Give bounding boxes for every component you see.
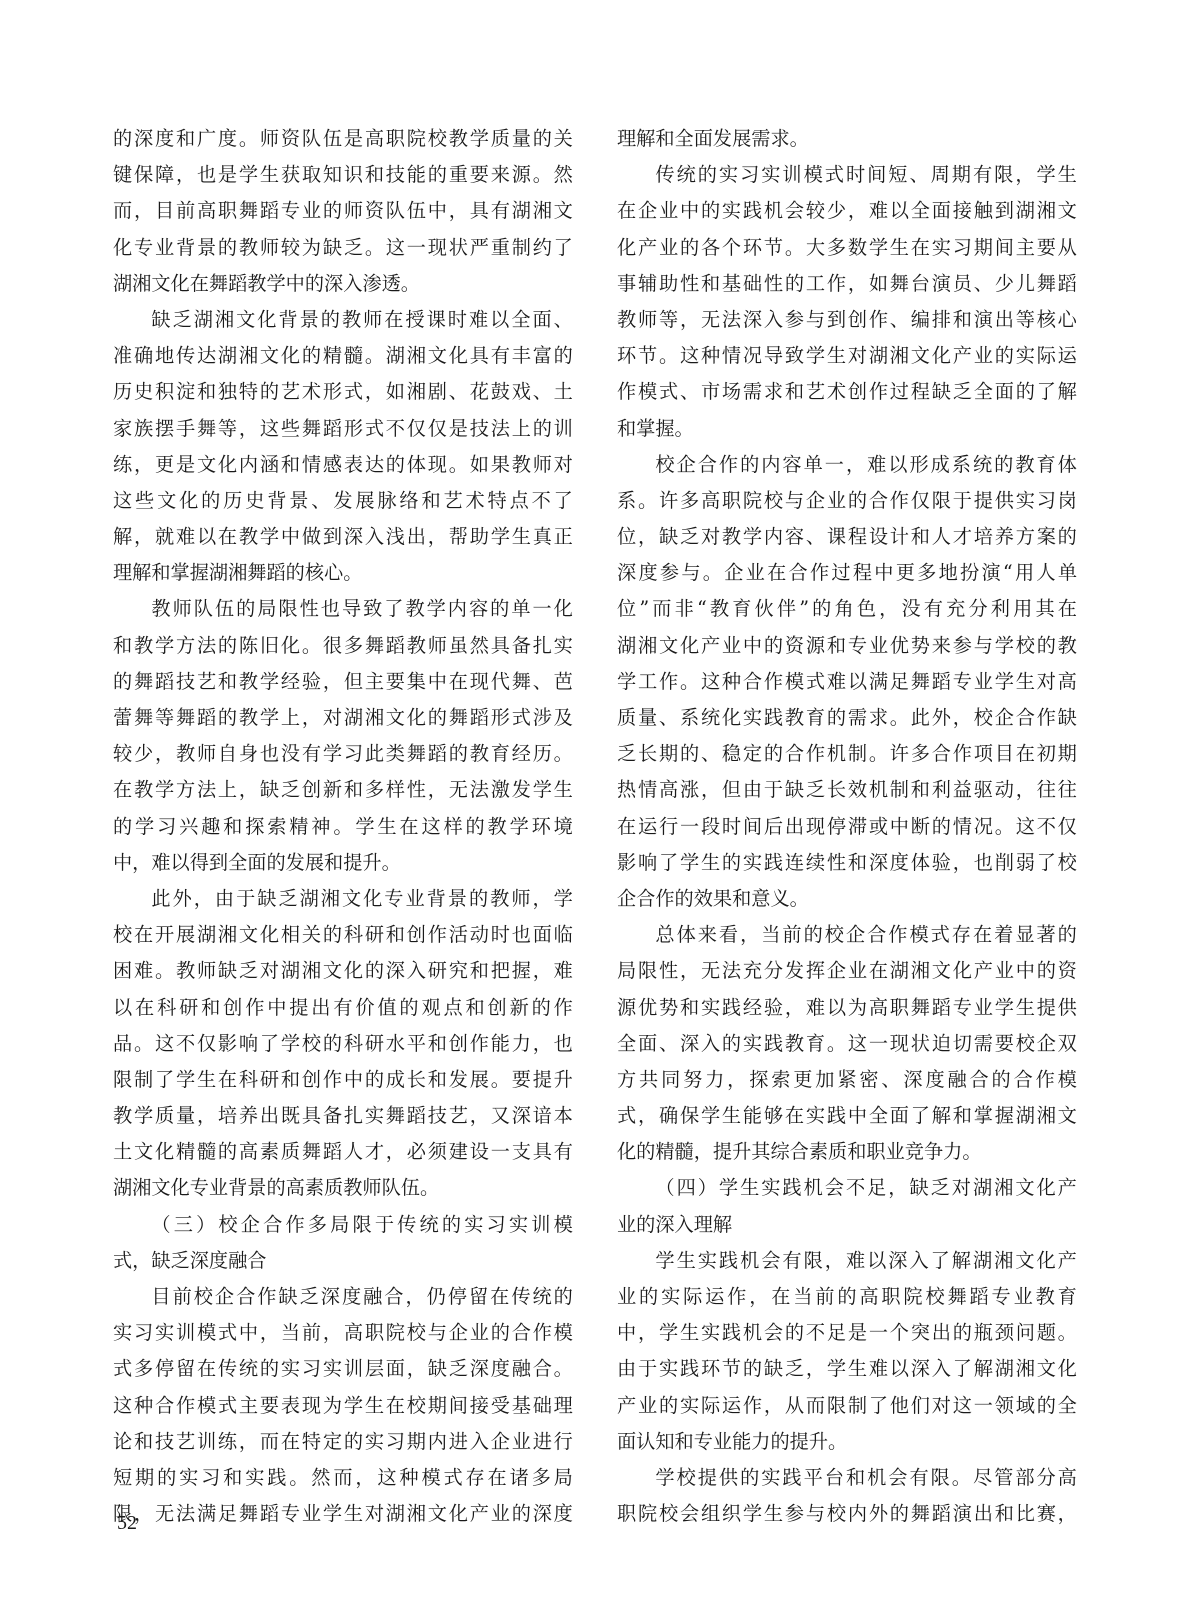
text-line: 土文化精髓的高素质舞蹈人才，必须建设一支具有 [113, 1134, 573, 1170]
text-line: 目前校企合作缺乏深度融合，仍停留在传统的 [113, 1279, 573, 1315]
text-line: 蕾舞等舞蹈的教学上，对湖湘文化的舞蹈形式涉及 [113, 700, 573, 736]
text-line: 系。许多高职院校与企业的合作仅限于提供实习岗 [617, 483, 1077, 519]
text-line: 局限性，无法充分发挥企业在湖湘文化产业中的资 [617, 953, 1077, 989]
text-line: 的舞蹈技艺和教学经验，但主要集中在现代舞、芭 [113, 664, 573, 700]
text-line: 键保障，也是学生获取知识和技能的重要来源。然 [113, 157, 573, 193]
text-line: 总体来看，当前的校企合作模式存在着显著的 [617, 917, 1077, 953]
text-line: 热情高涨，但由于缺乏长效机制和利益驱动，往往 [617, 772, 1077, 808]
text-line: 式，确保学生能够在实践中全面了解和掌握湖湘文 [617, 1098, 1077, 1134]
text-line: 限制了学生在科研和创作中的成长和发展。要提升 [113, 1062, 573, 1098]
text-line: 传统的实习实训模式时间短、周期有限，学生 [617, 157, 1077, 193]
text-line: 理解和全面发展需求。 [617, 121, 1077, 157]
text-line: 质量、系统化实践教育的需求。此外，校企合作缺 [617, 700, 1077, 736]
text-line: 深度参与。企业在合作过程中更多地扮演“用人单 [617, 555, 1077, 591]
text-line: 湖湘文化在舞蹈教学中的深入渗透。 [113, 266, 573, 302]
text-line: 短期的实习和实践。然而，这种模式存在诸多局 [113, 1460, 573, 1496]
text-line: 乏长期的、稳定的合作机制。许多合作项目在初期 [617, 736, 1077, 772]
text-line: 准确地传达湖湘文化的精髓。湖湘文化具有丰富的 [113, 338, 573, 374]
text-line: 位”而非“教育伙伴”的角色，没有充分利用其在 [617, 591, 1077, 627]
text-line: 影响了学生的实践连续性和深度体验，也削弱了校 [617, 845, 1077, 881]
text-line: 面认知和专业能力的提升。 [617, 1424, 1077, 1460]
text-line: 的学习兴趣和探索精神。学生在这样的教学环境 [113, 809, 573, 845]
text-line: 品。这不仅影响了学校的科研水平和创作能力，也 [113, 1026, 573, 1062]
text-line: 教师队伍的局限性也导致了教学内容的单一化 [113, 591, 573, 627]
text-line: 历史积淀和独特的艺术形式，如湘剧、花鼓戏、土 [113, 374, 573, 410]
text-line: 湖湘文化产业中的资源和专业优势来参与学校的教 [617, 628, 1077, 664]
text-line: 在教学方法上，缺乏创新和多样性，无法激发学生 [113, 772, 573, 808]
right-column: 理解和全面发展需求。传统的实习实训模式时间短、周期有限，学生在企业中的实践机会较… [617, 121, 1077, 1532]
text-line: 缺乏湖湘文化背景的教师在授课时难以全面、 [113, 302, 573, 338]
text-line: 学校提供的实践平台和机会有限。尽管部分高 [617, 1460, 1077, 1496]
text-line: 而，目前高职舞蹈专业的师资队伍中，具有湖湘文 [113, 193, 573, 229]
text-line: 源优势和实践经验，难以为高职舞蹈专业学生提供 [617, 990, 1077, 1026]
text-line: 位，缺乏对教学内容、课程设计和人才培养方案的 [617, 519, 1077, 555]
text-line: 方共同努力，探索更加紧密、深度融合的合作模 [617, 1062, 1077, 1098]
text-line: 业的深入理解 [617, 1207, 1077, 1243]
page-number: 52 [117, 1512, 137, 1535]
text-line: 和掌握。 [617, 411, 1077, 447]
left-column: 的深度和广度。师资队伍是高职院校教学质量的关键保障，也是学生获取知识和技能的重要… [113, 121, 573, 1532]
text-line: 学生实践机会有限，难以深入了解湖湘文化产 [617, 1243, 1077, 1279]
text-line: 式，缺乏深度融合 [113, 1243, 573, 1279]
text-line: 以在科研和创作中提出有价值的观点和创新的作 [113, 990, 573, 1026]
text-line: 校企合作的内容单一，难以形成系统的教育体 [617, 447, 1077, 483]
text-line: 教师等，无法深入参与到创作、编排和演出等核心 [617, 302, 1077, 338]
text-line: 作模式、市场需求和艺术创作过程缺乏全面的了解 [617, 374, 1077, 410]
text-line: （四）学生实践机会不足，缺乏对湖湘文化产 [617, 1170, 1077, 1206]
text-line: 在企业中的实践机会较少，难以全面接触到湖湘文 [617, 193, 1077, 229]
text-line: 化专业背景的教师较为缺乏。这一现状严重制约了 [113, 230, 573, 266]
text-line: 这种合作模式主要表现为学生在校期间接受基础理 [113, 1388, 573, 1424]
text-line: 较少，教师自身也没有学习此类舞蹈的教育经历。 [113, 736, 573, 772]
text-line: 的深度和广度。师资队伍是高职院校教学质量的关 [113, 121, 573, 157]
text-line: 产业的实际运作，从而限制了他们对这一领域的全 [617, 1388, 1077, 1424]
text-line: 业的实际运作，在当前的高职院校舞蹈专业教育 [617, 1279, 1077, 1315]
text-line: 式多停留在传统的实习实训层面，缺乏深度融合。 [113, 1351, 573, 1387]
text-line: 论和技艺训练，而在特定的实习期内进入企业进行 [113, 1424, 573, 1460]
text-line: 全面、深入的实践教育。这一现状迫切需要校企双 [617, 1026, 1077, 1062]
text-line: （三）校企合作多局限于传统的实习实训模 [113, 1207, 573, 1243]
text-line: 在运行一段时间后出现停滞或中断的情况。这不仅 [617, 809, 1077, 845]
text-line: 化的精髓，提升其综合素质和职业竞争力。 [617, 1134, 1077, 1170]
text-line: 家族摆手舞等，这些舞蹈形式不仅仅是技法上的训 [113, 411, 573, 447]
text-line: 事辅助性和基础性的工作，如舞台演员、少儿舞蹈 [617, 266, 1077, 302]
text-line: 这些文化的历史背景、发展脉络和艺术特点不了 [113, 483, 573, 519]
text-line: 中，难以得到全面的发展和提升。 [113, 845, 573, 881]
text-line: 解，就难以在教学中做到深入浅出，帮助学生真正 [113, 519, 573, 555]
text-line: 环节。这种情况导致学生对湖湘文化产业的实际运 [617, 338, 1077, 374]
text-line: 实习实训模式中，当前，高职院校与企业的合作模 [113, 1315, 573, 1351]
text-line: 校在开展湖湘文化相关的科研和创作活动时也面临 [113, 917, 573, 953]
text-line: 困难。教师缺乏对湖湘文化的深入研究和把握，难 [113, 953, 573, 989]
text-line: 化产业的各个环节。大多数学生在实习期间主要从 [617, 230, 1077, 266]
text-line: 湖湘文化专业背景的高素质教师队伍。 [113, 1170, 573, 1206]
text-line: 由于实践环节的缺乏，学生难以深入了解湖湘文化 [617, 1351, 1077, 1387]
text-line: 企合作的效果和意义。 [617, 881, 1077, 917]
text-line: 理解和掌握湖湘舞蹈的核心。 [113, 555, 573, 591]
text-line: 教学质量，培养出既具备扎实舞蹈技艺，又深谙本 [113, 1098, 573, 1134]
text-line: 学工作。这种合作模式难以满足舞蹈专业学生对高 [617, 664, 1077, 700]
text-line: 限，无法满足舞蹈专业学生对湖湘文化产业的深度 [113, 1496, 573, 1532]
text-line: 中，学生实践机会的不足是一个突出的瓶颈问题。 [617, 1315, 1077, 1351]
text-line: 练，更是文化内涵和情感表达的体现。如果教师对 [113, 447, 573, 483]
text-line: 此外，由于缺乏湖湘文化专业背景的教师，学 [113, 881, 573, 917]
text-line: 和教学方法的陈旧化。很多舞蹈教师虽然具备扎实 [113, 628, 573, 664]
text-line: 职院校会组织学生参与校内外的舞蹈演出和比赛， [617, 1496, 1077, 1532]
